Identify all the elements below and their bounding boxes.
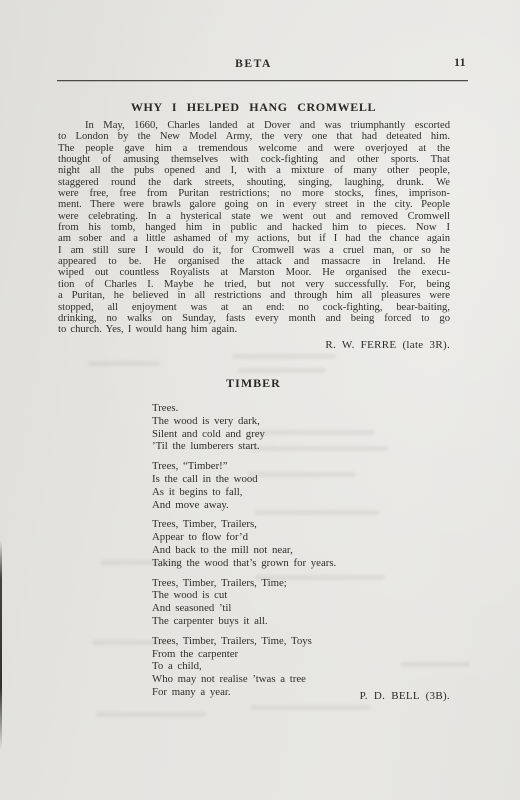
- header-rule: [57, 80, 468, 81]
- poem-stanza: Trees, “Timber!”Is the call in the woodA…: [152, 460, 412, 511]
- paragraph-line: thought of amusing themselves with cock-…: [58, 154, 450, 165]
- bleed-through-streak: [96, 712, 206, 717]
- timber-poem: Trees.The wood is very dark,Silent and c…: [152, 402, 412, 706]
- paragraph-line: staggered round the dark streets, shouti…: [58, 177, 450, 188]
- poem-line: Trees, Timber, Trailers, Time, Toys: [152, 635, 412, 648]
- paragraph-line: were free, free from Puritan restriction…: [58, 188, 450, 199]
- poem-line: Trees, “Timber!”: [152, 460, 412, 473]
- bleed-through-streak: [88, 361, 160, 366]
- poem-line: The wood is very dark,: [152, 415, 412, 428]
- poem-line: From the carpenter: [152, 648, 412, 661]
- paragraph-line: to London by the New Model Army, the ver…: [58, 131, 450, 142]
- paragraph-line: from his tomb, hanged him in public and …: [58, 222, 450, 233]
- paragraph-line: I am still sure I would do it, for Cromw…: [58, 245, 450, 256]
- signature-bell: P. D. BELL (3B).: [58, 690, 450, 702]
- poem-line: Trees, Timber, Trailers,: [152, 518, 412, 531]
- poem-line: Taking the wood that’s grown for years.: [152, 557, 412, 570]
- paragraph-line: ment. There were brawls galore going on …: [58, 199, 450, 210]
- poem-title-timber: TIMBER: [57, 376, 450, 391]
- paragraph-line: night all the pubs opened and I, with a …: [58, 165, 450, 176]
- poem-line: Who may not realise ’twas a tree: [152, 673, 412, 686]
- signature-ferre: R. W. FERRE (late 3R).: [58, 339, 452, 351]
- poem-line: Trees, Timber, Trailers, Time;: [152, 577, 412, 590]
- poem-line: The wood is cut: [152, 589, 412, 602]
- bleed-through-streak: [238, 368, 326, 373]
- page-number: 11: [454, 57, 466, 69]
- poem-stanza: Trees, Timber, Trailers, Time;The wood i…: [152, 577, 412, 628]
- poem-line: Silent and cold and grey: [152, 428, 412, 441]
- document-page: BETA 11 WHY I HELPED HANG CROMWELL In Ma…: [0, 0, 520, 800]
- poem-line: Appear to flow for’d: [152, 531, 412, 544]
- bleed-through-streak: [250, 705, 370, 710]
- cromwell-paragraph: In May, 1660, Charles landed at Dover an…: [58, 120, 450, 336]
- poem-stanza: Trees, Timber, Trailers,Appear to flow f…: [152, 518, 412, 569]
- paragraph-line: drinking, no walks on Sunday, fasts ever…: [58, 313, 450, 324]
- poem-line: And move away.: [152, 499, 412, 512]
- paragraph-line: wiped out countless Royalists at Marston…: [58, 267, 450, 278]
- journal-title: BETA: [57, 58, 450, 70]
- poem-line: Trees.: [152, 402, 412, 415]
- poem-line: And seasoned ’til: [152, 602, 412, 615]
- poem-line: And back to the mill not near,: [152, 544, 412, 557]
- poem-line: Is the call in the wood: [152, 473, 412, 486]
- poem-line: ’Til the lumberers start.: [152, 440, 412, 453]
- poem-line: The carpenter buys it all.: [152, 615, 412, 628]
- poem-line: To a child,: [152, 660, 412, 673]
- paragraph-line: stopped, all enjoyment was at an end: no…: [58, 302, 450, 313]
- article-title-cromwell: WHY I HELPED HANG CROMWELL: [57, 100, 450, 115]
- paragraph-line: The people gave him a tremendous welcome…: [58, 143, 450, 154]
- running-head: BETA: [57, 58, 450, 74]
- poem-stanza: Trees.The wood is very dark,Silent and c…: [152, 402, 412, 453]
- paragraph-line: a Puritan, he believed in all restrictio…: [58, 290, 450, 301]
- paragraph-line: tion of Charles I. Maybe he tried, but n…: [58, 279, 450, 290]
- paragraph-line: appeared to be. He organised the attack …: [58, 256, 450, 267]
- paragraph-line: to church. Yes, I would hang him again.: [58, 324, 450, 335]
- paragraph-line: In May, 1660, Charles landed at Dover an…: [58, 120, 450, 131]
- scan-edge-shadow: [0, 540, 2, 750]
- poem-line: As it begins to fall,: [152, 486, 412, 499]
- paragraph-line: were celebrating. In a hysterical state …: [58, 211, 450, 222]
- paragraph-line: am sober and a little ashamed of my acti…: [58, 233, 450, 244]
- bleed-through-streak: [232, 354, 336, 359]
